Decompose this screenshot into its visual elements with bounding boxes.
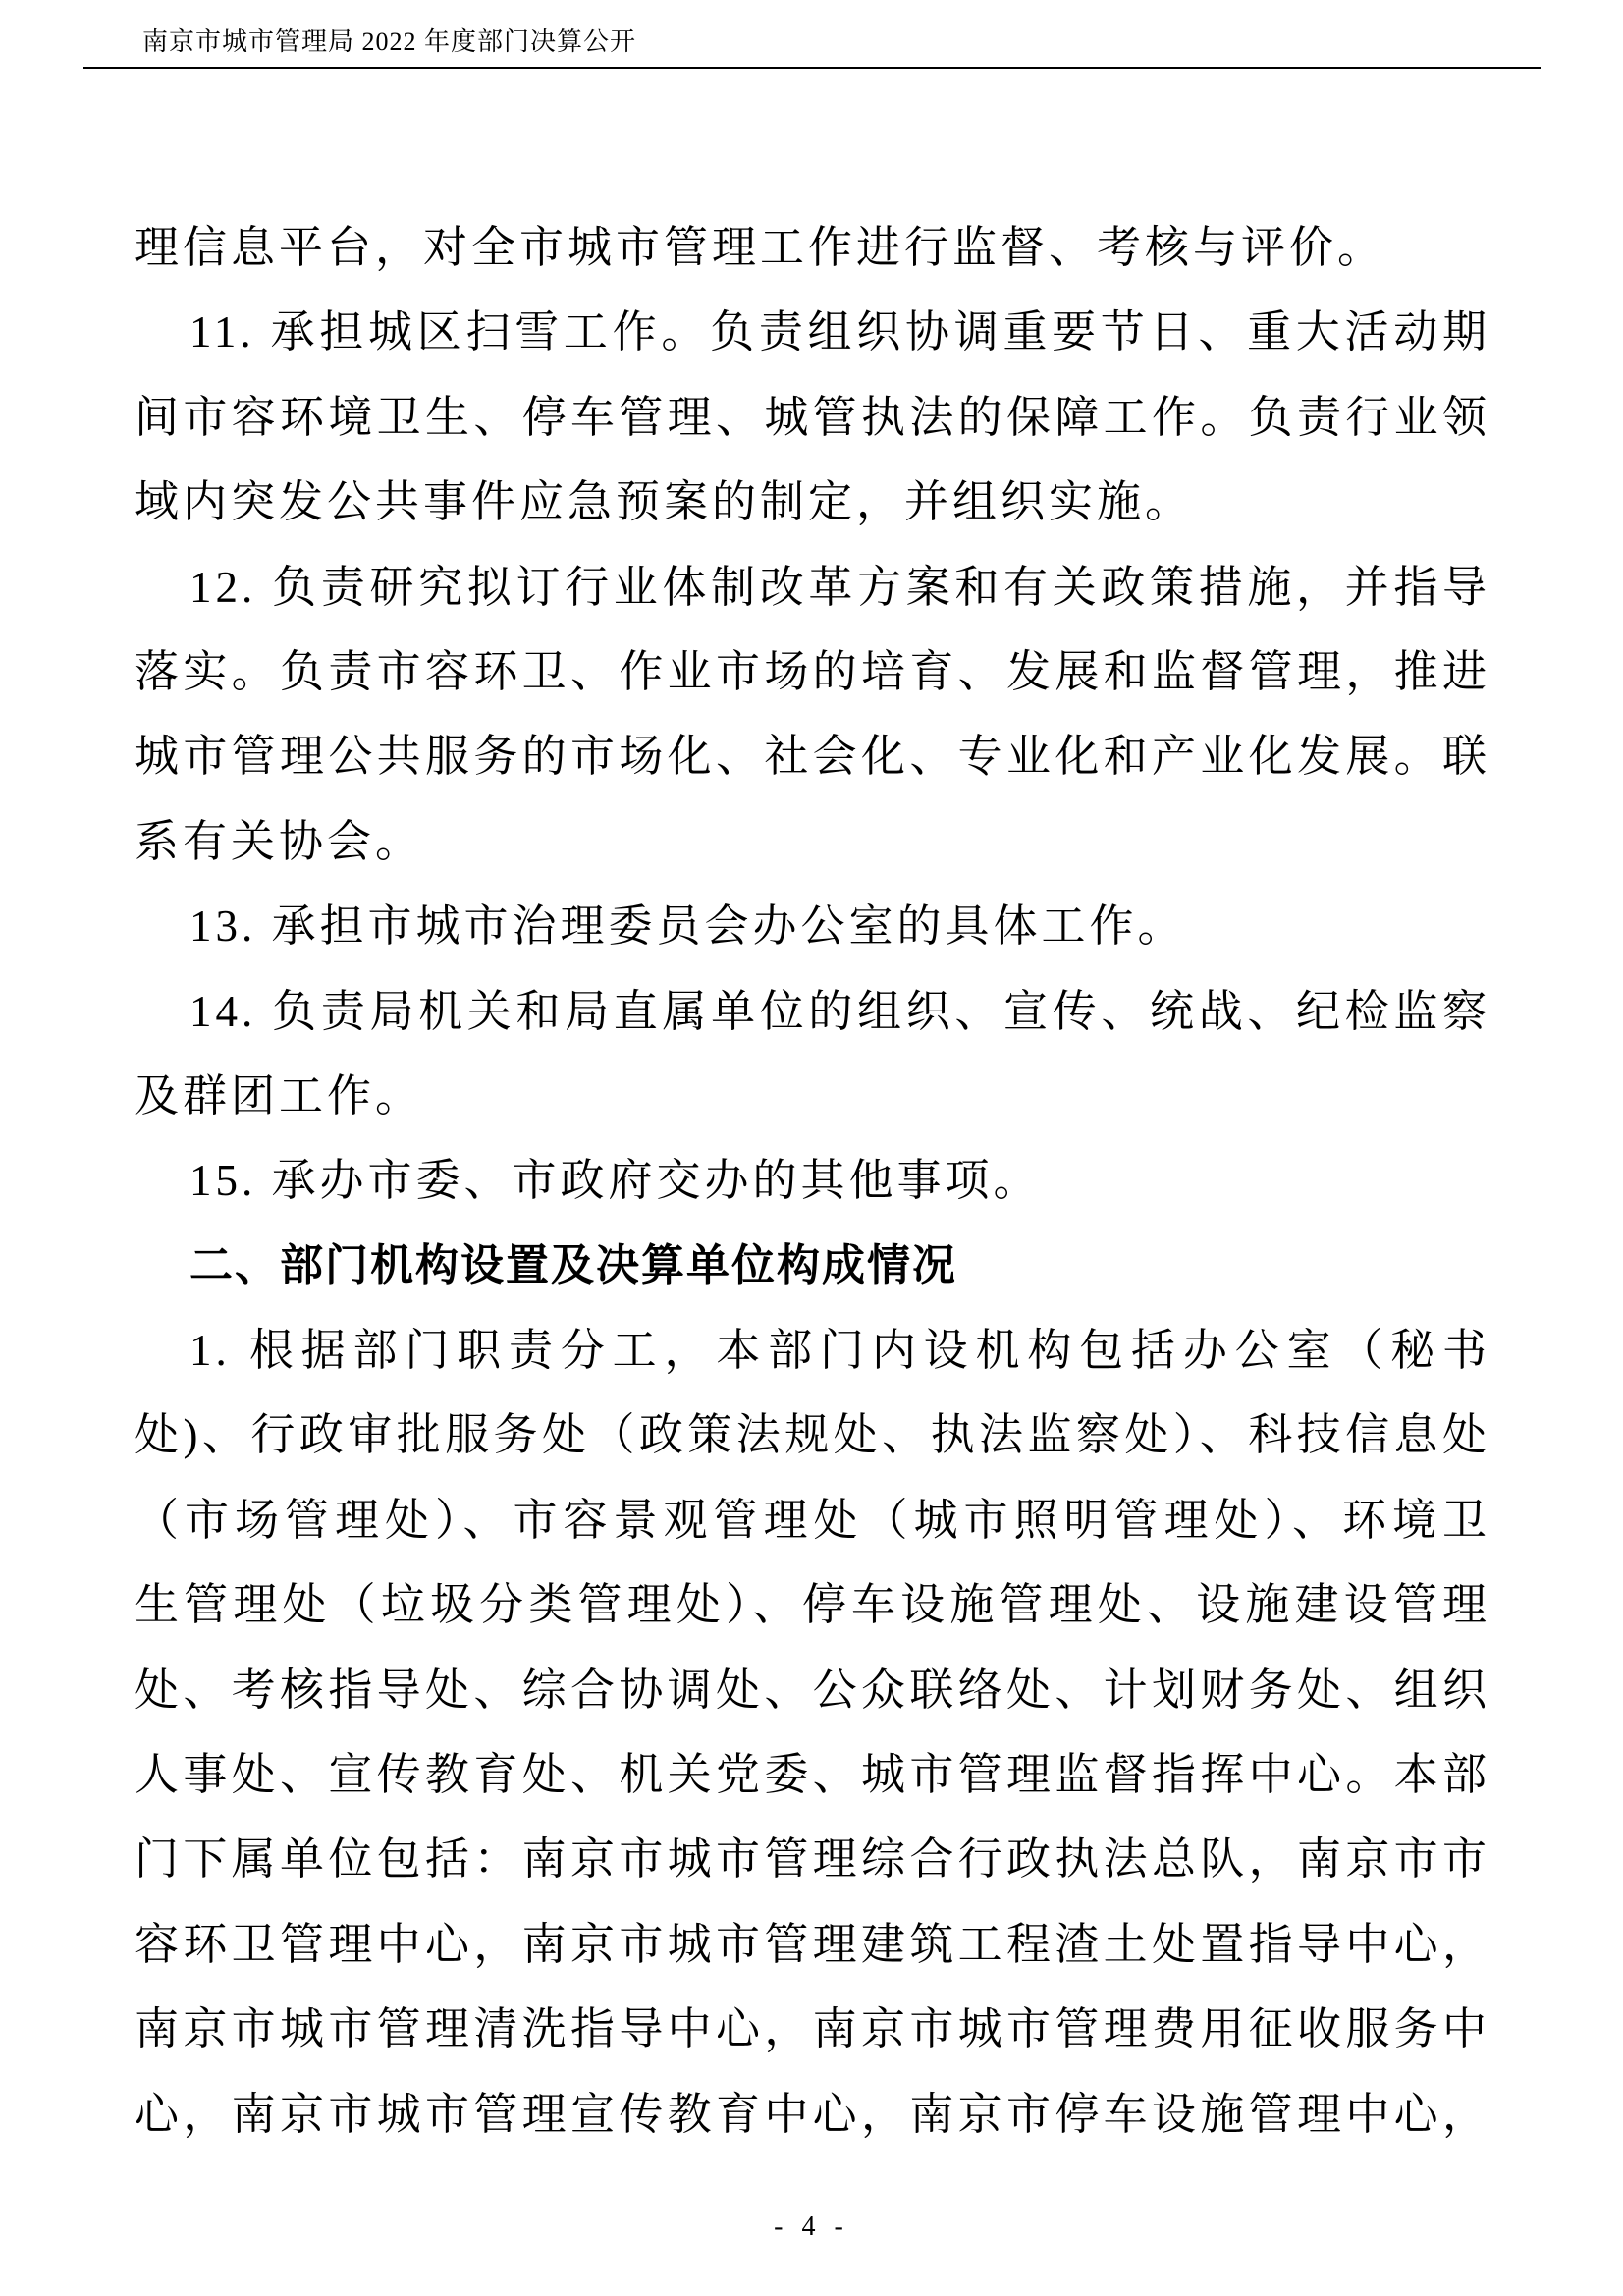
- text-line: 15. 承办市委、市政府交办的其他事项。: [135, 1138, 1490, 1223]
- page-header: 南京市城市管理局 2022 年度部门决算公开: [83, 24, 1541, 69]
- page-footer: - 4 -: [0, 2212, 1623, 2243]
- text-line: 处)、行政审批服务处（政策法规处、执法监察处）、科技信息处: [135, 1393, 1490, 1477]
- text-line: 1. 根据部门职责分工，本部门内设机构包括办公室（秘书: [135, 1308, 1490, 1393]
- document-page: 南京市城市管理局 2022 年度部门决算公开 理信息平台，对全市城市管理工作进行…: [0, 0, 1623, 2296]
- text-line: 处、考核指导处、综合协调处、公众联络处、计划财务处、组织: [135, 1648, 1490, 1732]
- text-line: 14. 负责局机关和局直属单位的组织、宣传、统战、纪检监察: [135, 969, 1490, 1054]
- text-line: 人事处、宣传教育处、机关党委、城市管理监督指挥中心。本部: [135, 1732, 1490, 1817]
- text-line: 及群团工作。: [135, 1054, 1490, 1138]
- text-line: 落实。负责市容环卫、作业市场的培育、发展和监督管理，推进: [135, 629, 1490, 714]
- text-line: （市场管理处）、市容景观管理处（城市照明管理处）、环境卫: [135, 1478, 1490, 1562]
- text-line: 南京市城市管理清洗指导中心，南京市城市管理费用征收服务中: [135, 1987, 1490, 2071]
- text-line: 城市管理公共服务的市场化、社会化、专业化和产业化发展。联: [135, 714, 1490, 798]
- text-line: 域内突发公共事件应急预案的制定，并组织实施。: [135, 460, 1490, 544]
- page-number: - 4 -: [774, 2212, 849, 2242]
- text-line: 容环卫管理中心，南京市城市管理建筑工程渣土处置指导中心，: [135, 1902, 1490, 1987]
- text-line: 11. 承担城区扫雪工作。负责组织协调重要节日、重大活动期: [135, 290, 1490, 374]
- text-line: 心，南京市城市管理宣传教育中心，南京市停车设施管理中心，: [135, 2072, 1490, 2157]
- text-line: 12. 负责研究拟订行业体制改革方案和有关政策措施，并指导: [135, 545, 1490, 629]
- text-line: 理信息平台，对全市城市管理工作进行监督、考核与评价。: [135, 205, 1490, 290]
- text-line: 13. 承担市城市治理委员会办公室的具体工作。: [135, 884, 1490, 968]
- text-line: 生管理处（垃圾分类管理处）、停车设施管理处、设施建设管理: [135, 1562, 1490, 1647]
- text-line: 系有关协会。: [135, 799, 1490, 884]
- text-line: 门下属单位包括：南京市城市管理综合行政执法总队，南京市市: [135, 1817, 1490, 1901]
- section-heading: 二、部门机构设置及决算单位构成情况: [135, 1224, 1490, 1308]
- document-body: 理信息平台，对全市城市管理工作进行监督、考核与评价。11. 承担城区扫雪工作。负…: [135, 205, 1490, 2157]
- text-line: 间市容环境卫生、停车管理、城管执法的保障工作。负责行业领: [135, 375, 1490, 460]
- page-header-title: 南京市城市管理局 2022 年度部门决算公开: [142, 27, 636, 56]
